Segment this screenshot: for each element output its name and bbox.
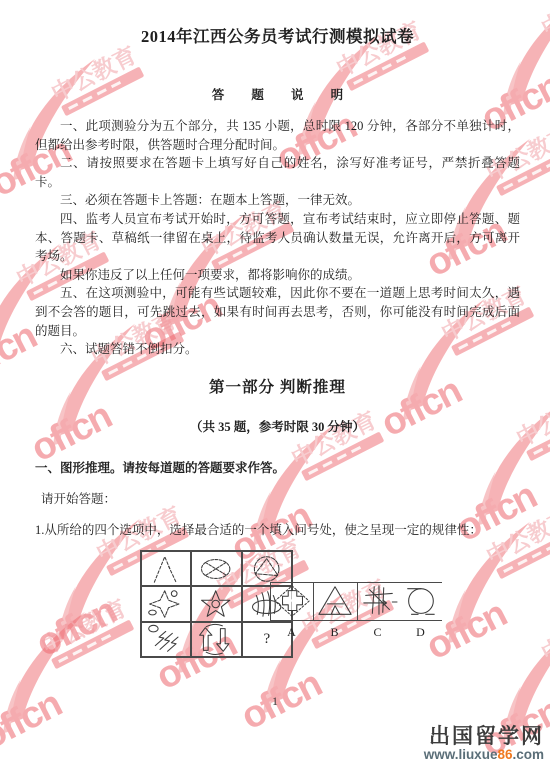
site-logo: 出国留学网 www.liuxue86.com — [424, 726, 544, 762]
site-url: www.liuxue86.com — [424, 748, 544, 762]
document-content: 2014年江西公务员考试行测模拟试卷 答 题 说 明 一、此项测验分为五个部分，… — [0, 0, 550, 767]
option-label-b: B — [313, 625, 356, 640]
instruction-item: 如果你违反了以上任何一项要求，都将影响你的成绩。 — [35, 266, 520, 285]
option-a-figure-cross-brackets-icon — [270, 583, 314, 620]
subsection-heading: 一、图形推理。请按每道题的答题要求作答。 — [35, 459, 520, 478]
option-label-a: A — [270, 625, 313, 640]
grid-cell-lightning-icon — [141, 622, 191, 657]
site-name: 出国留学网 — [424, 726, 544, 747]
site-url-suffix: .com — [512, 747, 544, 762]
question-1-figure: ? — [35, 543, 520, 673]
option-label-d: D — [399, 625, 442, 640]
question-1-text: 1.从所给的四个选项中，选择最合适的一个填入问号处，使之呈现一定的规律性： — [35, 521, 520, 540]
option-d-figure-circle-icon — [400, 583, 442, 620]
site-url-prefix: www.liuxue — [424, 747, 498, 762]
instruction-item: 三、必须在答题卡上答题：在题本上答题，一律无效。 — [35, 191, 520, 210]
grid-cell-double-arrows-icon — [191, 622, 241, 657]
page-title: 2014年江西公务员考试行测模拟试卷 — [35, 26, 520, 48]
exam-paper-page: offcn 中公教育 offcn 中公教育 offcn 中公教育 of — [0, 0, 550, 767]
instruction-item: 二、请按照要求在答题卡上填写好自己的姓名，涂写好准考证号，严禁折叠答题卡。 — [35, 154, 520, 191]
page-number: 1 — [0, 696, 550, 708]
grid-cell-five-point-star-icon — [191, 586, 241, 621]
instruction-item: 五、在这项测验中，可能有些试题较难，因此你不要在一道题上思考时间太久，遇到不会答… — [35, 284, 520, 340]
option-labels-row: A B C D — [270, 625, 442, 640]
grid-cell-mountain-peak-icon — [141, 551, 191, 586]
option-label-c: C — [356, 625, 399, 640]
instruction-item: 六、试题答错不倒扣分。 — [35, 340, 520, 359]
options-strip — [270, 582, 442, 621]
site-url-number: 86 — [497, 747, 512, 762]
instruction-item: 一、此项测验分为五个部分，共 135 小题，总时限 120 分钟，各部分不单独计… — [35, 117, 520, 154]
section-title: 第一部分 判断推理 — [35, 375, 520, 397]
option-b-figure-triangle-icon — [314, 583, 357, 620]
grid-cell-four-point-star-icon — [141, 586, 191, 621]
grid-cell-crossed-ellipse-icon — [191, 551, 241, 586]
answer-instructions-heading: 答 题 说 明 — [35, 85, 520, 103]
option-c-figure-hatch-icon — [358, 583, 400, 620]
section-time-note: （共 35 题，参考时限 30 分钟） — [35, 417, 520, 435]
start-prompt: 请开始答题： — [35, 490, 520, 509]
instruction-item: 四、监考人员宣布考试开始时，方可答题，宣布考试结束时，应立即停止答题、题本、答题… — [35, 210, 520, 266]
